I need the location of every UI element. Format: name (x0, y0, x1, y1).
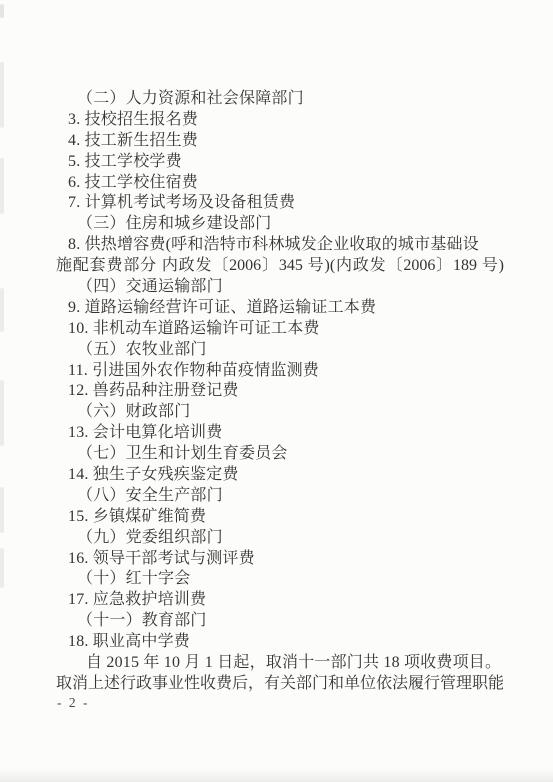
text-line: 11. 引进国外农作物种苗疫情监测费 (56, 361, 504, 382)
text-line: 取消上述行政事业性收费后，有关部门和单位依法履行管理职能 (56, 674, 504, 695)
scan-bottom-edge (0, 768, 553, 782)
text-line: 18. 职业高中学费 (56, 632, 504, 653)
scan-artifact (0, 487, 4, 533)
text-line: （九）党委组织部门 (56, 528, 504, 549)
scan-artifact (0, 288, 4, 332)
text-line: 7. 计算机考试考场及设备租赁费 (56, 193, 504, 214)
text-line: 9. 道路运输经营许可证、道路运输证工本费 (56, 298, 504, 319)
scan-artifact (0, 158, 4, 214)
text-line: 4. 技工新生招生费 (56, 131, 504, 152)
text-line: （三）住房和城乡建设部门 (56, 214, 504, 235)
text-line: 13. 会计电算化培训费 (56, 423, 504, 444)
text-line: （五）农牧业部门 (56, 340, 504, 361)
scan-artifact (0, 62, 4, 128)
text-line: 5. 技工学校学费 (56, 152, 504, 173)
text-line: （八）安全生产部门 (56, 486, 504, 507)
text-line: 17. 应急救护培训费 (56, 590, 504, 611)
text-line: 施配套费部分 内政发〔2006〕345 号)(内政发〔2006〕189 号) (56, 256, 504, 277)
scanned-document-page: （二）人力资源和社会保障部门3. 技校招生报名费4. 技工新生招生费5. 技工学… (0, 0, 553, 782)
text-line: 14. 独生子女残疾鉴定费 (56, 465, 504, 486)
scan-artifact (0, 548, 4, 588)
text-line: （十一）教育部门 (56, 611, 504, 632)
text-line: 12. 兽药品种注册登记费 (56, 381, 504, 402)
text-line: 自 2015 年 10 月 1 日起，取消十一部门共 18 项收费项目。 (56, 653, 504, 674)
text-line: （十）红十字会 (56, 569, 504, 590)
scan-artifact (0, 380, 4, 446)
text-line: 6. 技工学校住宿费 (56, 173, 504, 194)
text-line: 3. 技校招生报名费 (56, 110, 504, 131)
page-number: - 2 - (57, 695, 90, 711)
text-line: （二）人力资源和社会保障部门 (56, 89, 504, 110)
text-line: 10. 非机动车道路运输许可证工本费 (56, 319, 504, 340)
text-line: 16. 领导干部考试与测评费 (56, 549, 504, 570)
text-line: （四）交通运输部门 (56, 277, 504, 298)
text-line: （七）卫生和计划生育委员会 (56, 444, 504, 465)
text-line: 15. 乡镇煤矿维简费 (56, 507, 504, 528)
scan-artifact (0, 4, 4, 18)
document-lines: （二）人力资源和社会保障部门3. 技校招生报名费4. 技工新生招生费5. 技工学… (56, 89, 504, 695)
text-line: （六）财政部门 (56, 402, 504, 423)
text-line: 8. 供热增容费(呼和浩特市科林城发企业收取的城市基础设 (56, 235, 504, 256)
